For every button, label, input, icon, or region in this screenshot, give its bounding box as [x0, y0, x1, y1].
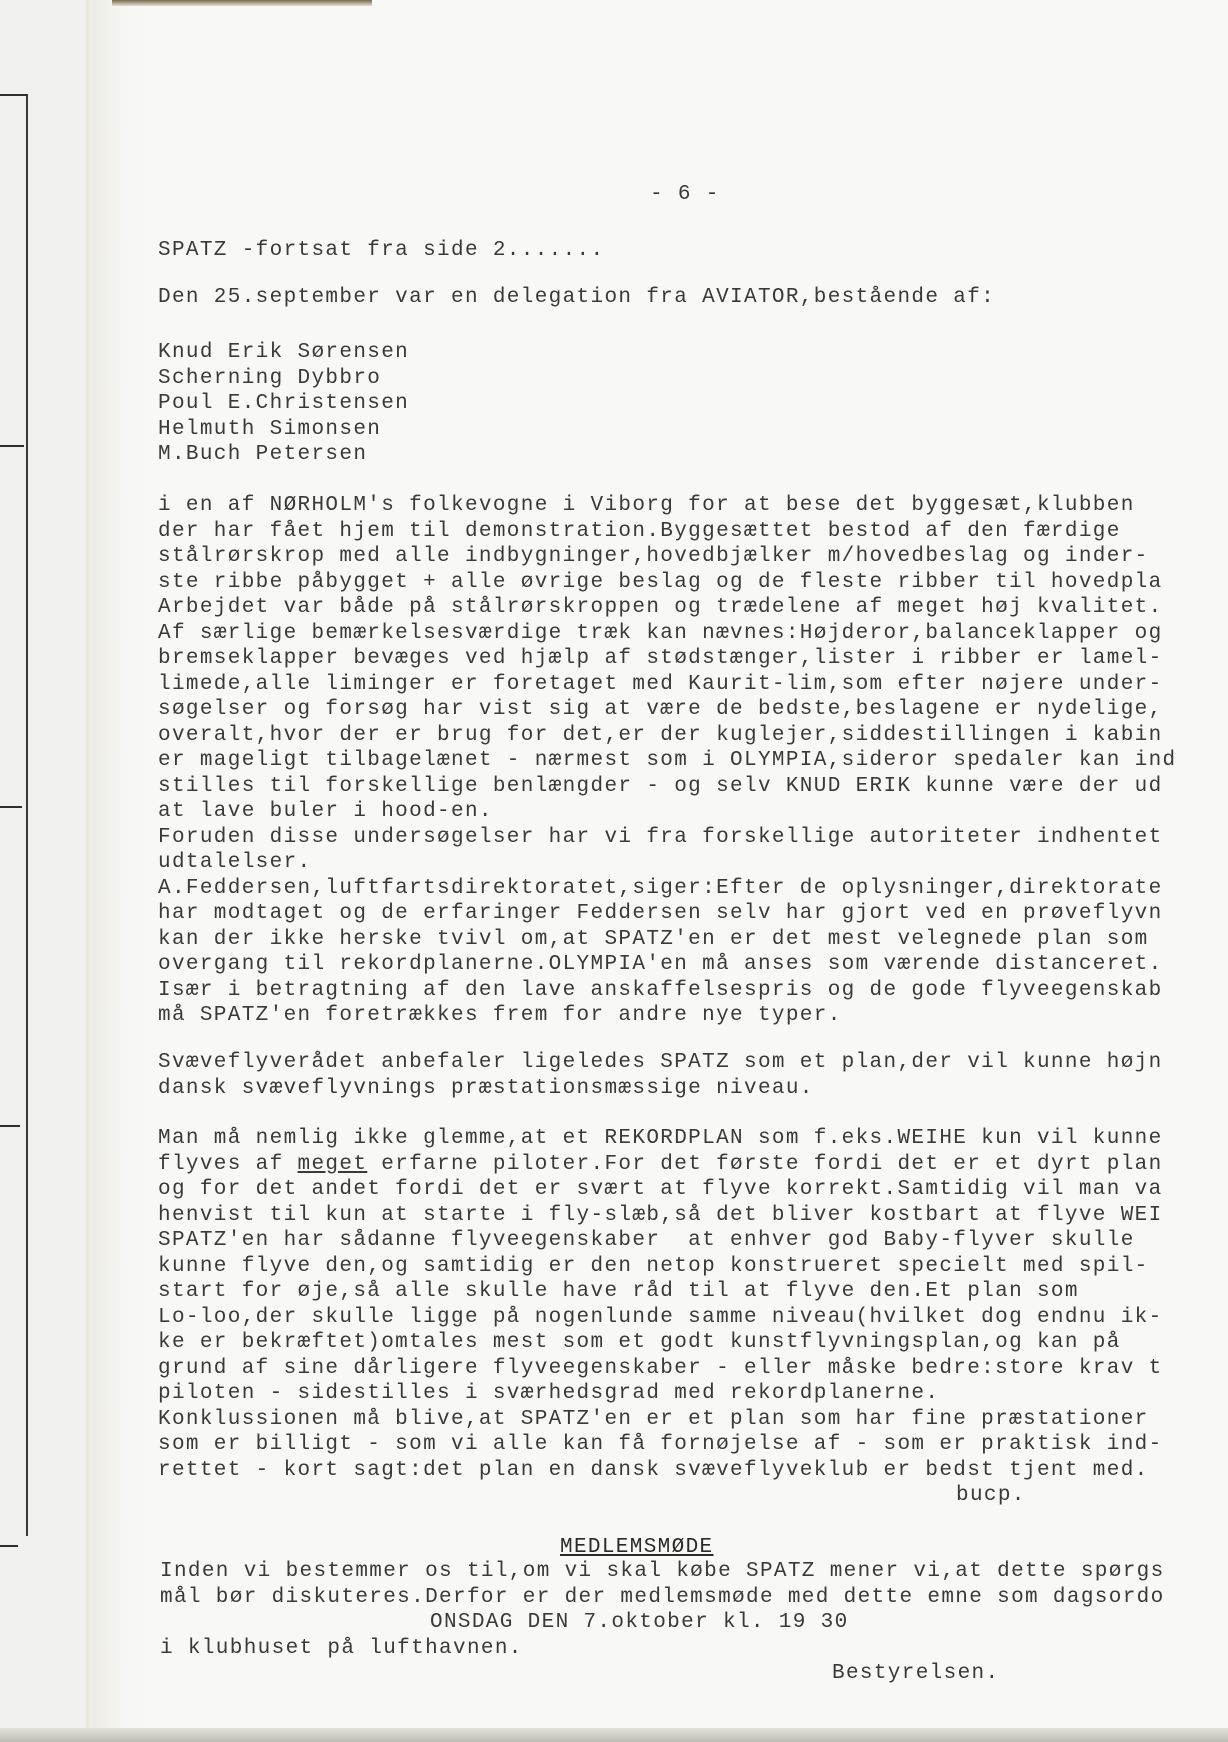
text-line: ste ribbe påbygget + alle øvrige beslag …	[158, 570, 1177, 596]
meeting-date: ONSDAG DEN 7.oktober kl. 19 30	[430, 1610, 849, 1636]
facing-page-rule	[26, 96, 28, 1536]
facing-page-rule	[0, 1125, 20, 1127]
text-line: Svæveflyverådet anbefaler ligeledes SPAT…	[158, 1050, 1163, 1076]
facing-page-rule	[0, 94, 28, 96]
facing-page-rule	[0, 1545, 18, 1547]
text-line: M.Buch Petersen	[158, 442, 409, 468]
text-line: Arbejdet var både på stålrørskroppen og …	[158, 595, 1177, 621]
meeting-text: Inden vi bestemmer os til,om vi skal køb…	[160, 1559, 1165, 1610]
text-line: Poul E.Christensen	[158, 391, 409, 417]
text-line: må SPATZ'en foretrækkes frem for andre n…	[158, 1003, 1177, 1029]
text-line: kan der ikke herske tvivl om,at SPATZ'en…	[158, 927, 1177, 953]
text-line: dansk svæveflyvnings præstationsmæssige …	[158, 1076, 1163, 1102]
text-line: som er billigt - som vi alle kan få forn…	[158, 1432, 1163, 1458]
page-edge-shadow	[112, 0, 372, 6]
text-line: udtalelser.	[158, 850, 1177, 876]
text-line: stålrørskrop med alle indbygninger,hoved…	[158, 544, 1177, 570]
meeting-title: MEDLEMSMØDE	[560, 1535, 713, 1561]
text-line: overalt,hvor der er brug for det,er der …	[158, 723, 1177, 749]
text-line: flyves af meget erfarne piloter.For det …	[158, 1152, 1163, 1178]
page-number: - 6 -	[650, 182, 720, 208]
text-line: Af særlige bemærkelsesværdige træk kan n…	[158, 621, 1177, 647]
text-line: at lave buler i hood-en.	[158, 799, 1177, 825]
text-line: SPATZ'en har sådanne flyveegenskaber at …	[158, 1228, 1163, 1254]
text-line: Inden vi bestemmer os til,om vi skal køb…	[160, 1559, 1165, 1585]
text-line: piloten - sidestilles i sværhedsgrad med…	[158, 1381, 1163, 1407]
text-line: overgang til rekordplanerne.OLYMPIA'en m…	[158, 952, 1177, 978]
text-line: ke er bekræftet)omtales mest som et godt…	[158, 1330, 1163, 1356]
page-bottom-edge	[0, 1728, 1228, 1742]
text-line: kunne flyve den,og samtidig er den netop…	[158, 1254, 1163, 1280]
author-signature: bucp.	[956, 1483, 1026, 1509]
text-line: Især i betragtning af den lave anskaffel…	[158, 978, 1177, 1004]
article-heading: SPATZ -fortsat fra side 2.......	[158, 238, 604, 264]
text-line: limede,alle liminger er foretaget med Ka…	[158, 672, 1177, 698]
paragraph-recommendation: Svæveflyverådet anbefaler ligeledes SPAT…	[158, 1050, 1163, 1101]
text-line: Knud Erik Sørensen	[158, 340, 409, 366]
text-line: henvist til kun at starte i fly-slæb,så …	[158, 1203, 1163, 1229]
text-line: mål bør diskuteres.Derfor er der medlems…	[160, 1585, 1165, 1611]
text-line: Lo-loo,der skulle ligge på nogenlunde sa…	[158, 1305, 1163, 1331]
text-line: bremseklapper bevæges ved hjælp af støds…	[158, 646, 1177, 672]
intro-line: Den 25.september var en delegation fra A…	[158, 285, 995, 311]
board-signature: Bestyrelsen.	[832, 1661, 999, 1687]
text-line: og for det andet fordi det er svært at f…	[158, 1177, 1163, 1203]
text-line: er mageligt tilbagelænet - nærmest som i…	[158, 748, 1177, 774]
text-line: A.Feddersen,luftfartsdirektoratet,siger:…	[158, 876, 1177, 902]
text-line: Scherning Dybbro	[158, 366, 409, 392]
paragraph-inspection: i en af NØRHOLM's folkevogne i Viborg fo…	[158, 493, 1177, 1029]
text-line: Man må nemlig ikke glemme,at et REKORDPL…	[158, 1126, 1163, 1152]
meeting-location: i klubhuset på lufthavnen.	[160, 1636, 523, 1662]
delegation-list: Knud Erik SørensenScherning DybbroPoul E…	[158, 340, 409, 468]
text-line: i en af NØRHOLM's folkevogne i Viborg fo…	[158, 493, 1177, 519]
text-line: der har fået hjem til demonstration.Bygg…	[158, 519, 1177, 545]
facing-page-edge	[0, 0, 88, 1742]
text-line: grund af sine dårligere flyveegenskaber …	[158, 1356, 1163, 1382]
text-line: har modtaget og de erfaringer Feddersen …	[158, 901, 1177, 927]
facing-page-rule	[0, 806, 22, 808]
text-line: Foruden disse undersøgelser har vi fra f…	[158, 825, 1177, 851]
text-line: start for øje,så alle skulle have råd ti…	[158, 1279, 1163, 1305]
text-line: rettet - kort sagt:det plan en dansk svæ…	[158, 1458, 1163, 1484]
text-line: søgelser og forsøg har vist sig at være …	[158, 697, 1177, 723]
paragraph-conclusion: Man må nemlig ikke glemme,at et REKORDPL…	[158, 1126, 1163, 1483]
facing-page-rule	[0, 445, 24, 447]
text-line: Helmuth Simonsen	[158, 417, 409, 443]
text-line: stilles til forskellige benlængder - og …	[158, 774, 1177, 800]
text-line: Konklussionen må blive,at SPATZ'en er et…	[158, 1407, 1163, 1433]
